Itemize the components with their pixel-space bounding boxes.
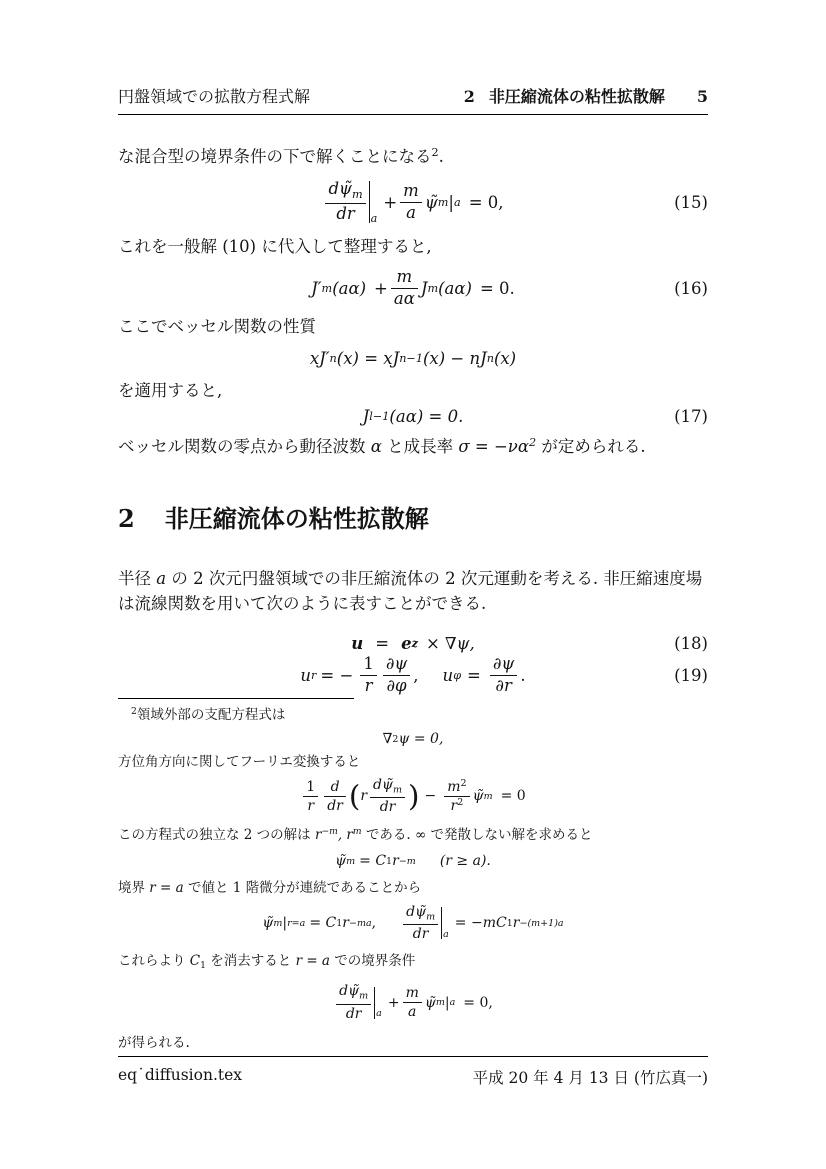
paragraph-zeros: ベッセル関数の零点から動径波数 α と成長率 σ = −να2 が定められる. [118,431,708,459]
math-r: r [360,788,367,804]
math-a: a [156,569,166,588]
fraction-numerator: dψ̃m [370,777,405,797]
math-nabla: ∇ [383,731,393,747]
fraction-numerator: dψ̃m [325,180,365,203]
fraction-1-r: 1 r [360,655,377,696]
fraction-numerator: d [324,779,346,796]
evaluation-bar-sub: a [371,212,378,225]
footnote-text: を消去すると [206,953,296,969]
footnote-text: での境界条件 [330,953,415,969]
math-dpsi: dψ̃ [328,179,352,198]
math-term: (x) = xJ [337,349,399,368]
math-sup-2: 2 [461,778,467,789]
footnote-text: 領域外部の支配方程式は [137,707,286,723]
math-C: C [190,953,200,969]
math-sub-m: m [273,918,282,929]
section-heading: 2 非圧縮流体の粘性拡散解 [118,499,708,534]
math-sub-l-1: l−1 [369,410,389,423]
math-r: r [513,915,520,931]
evaluation-bar [374,987,375,1019]
section-number: 2 [118,504,135,533]
footnote-block: 2領域外部の支配方程式は ∇2ψ = 0, 方位角方向に関してフーリエ変換すると… [118,703,708,1051]
math-r-equals-a: r = a [149,880,183,896]
footnote-equation-solution: ψ̃m = C1r−m (r ≥ a). [118,848,708,874]
math-u: u [300,666,311,685]
math-sub-m: m [436,997,445,1008]
math-m: m [447,779,460,795]
fraction-1-r: 1 r [303,779,318,814]
equation-number-16: (16) [674,279,708,298]
math-sub-m: m [484,791,493,802]
running-header: 円盤領域での拡散方程式解 2 非圧縮流体の粘性拡散解 5 [118,84,708,115]
math-sub-n: n [487,352,494,365]
math-rhs: = 0. [480,279,515,298]
math-plus: + [388,995,400,1011]
math-psi: ψ̃ [425,193,438,212]
fraction-denominator: r [303,796,318,814]
footer-filename: eq˙diffusion.tex [118,1066,242,1088]
fraction-numerator: ∂ψ [490,655,517,675]
math-rhs: = 0 [501,788,526,804]
fraction-m-a: m a [403,985,422,1020]
math-sub-m: m [393,785,402,796]
fraction-dpsi-dr: dψ̃m dr [370,777,405,815]
fraction-denominator: ∂φ [383,675,410,696]
fraction-denominator: ∂r [490,675,517,696]
math-u-vector: u [351,634,363,653]
math-r-equals-a: r = a [296,953,330,969]
fraction-numerator: ∂ψ [383,655,410,675]
math-equals-minus-mC: = −mC [455,915,507,931]
math-sup-neg-ma: −ma [349,918,372,929]
fraction-denominator: dr [370,797,405,815]
big-right-paren: ) [408,784,419,809]
evaluation-bar [441,907,442,939]
math-psi: ψ̃ [425,995,436,1011]
math-equals: = [375,634,389,653]
math-dpsi: dψ̃ [339,983,359,999]
fraction-numerator: dψ̃m [336,983,371,1003]
fraction-denominator: a [403,1002,422,1020]
paragraph-text: な混合型の境界条件の下で解くことになる [118,147,432,166]
fraction-numerator: m [403,985,422,1002]
fraction-numerator: m [391,268,418,288]
math-equals-C: = C [359,853,386,869]
footnote-text: これらより [118,953,190,969]
fraction-denominator: a [400,202,422,223]
math-comma: , [372,915,376,931]
footnote-line-5: これらより C1 を消去すると r = a での境界条件 [118,953,708,974]
math-minus: − [425,788,437,804]
header-section-number: 2 [464,87,475,106]
header-right: 2 非圧縮流体の粘性拡散解 5 [464,84,708,107]
evaluation-bar [369,181,370,223]
math-sub-m: m [322,282,333,295]
math-sub-z: z [412,636,418,650]
math-rhs: ψ = 0, [398,731,443,747]
math-period: . [520,666,525,685]
paragraph-period: . [439,147,444,166]
math-u: u [443,666,454,685]
fraction-dpsi-dphi: ∂ψ ∂φ [383,655,410,696]
page-number: 5 [697,87,708,106]
math-term: xJ′ [310,349,330,368]
math-sub-n-1: n−1 [399,352,423,365]
fraction-m-a: m a [400,182,422,223]
math-rhs: = 0, [463,995,493,1011]
fraction-numerator: 1 [360,655,377,675]
math-psi: ψ̃ [262,915,273,931]
paragraph-bessel-property: ここでベッセル関数の性質 [118,315,708,339]
page-footer: eq˙diffusion.tex 平成 20 年 4 月 13 日 (竹広真一) [118,1056,708,1088]
footnote-line-3: この方程式の独立な 2 つの解は r−m, rm である. ∞ で発散しない解を… [118,823,708,844]
equation-number-19: (19) [674,666,708,685]
fraction-denominator: dr [403,924,438,942]
equation-19: ur = − 1 r ∂ψ ∂φ , uφ = ∂ψ ∂r . (19) [118,656,708,694]
math-psi: ψ̃ [473,788,484,804]
math-alpha: α [371,437,382,456]
equation-number-18: (18) [674,634,708,653]
math-psi: ψ̃ [335,853,346,869]
equation-15: dψ̃m dr a + m a ψ̃m|a = 0, (15) [118,179,708,225]
math-sub-m: m [426,912,435,923]
paragraph-text: 半径 [118,569,156,588]
math-sub-a: a [450,997,456,1008]
math-dpsi: dψ̃ [406,904,426,920]
math-equals-C: = C [309,915,336,931]
footnote-text: で値と 1 階微分が連続であることから [184,880,421,896]
fraction-numerator: m [400,182,422,202]
fraction-denominator: dr [325,203,365,224]
math-J-prime: J′ [311,279,321,298]
math-plus: + [374,279,388,298]
math-sub-m: m [346,856,355,867]
fraction-denominator: dr [336,1004,371,1022]
equation-bessel-identity: xJ′n(x) = xJn−1(x) − nJn(x) [118,345,708,371]
footnote-equation-fourier: 1 r d dr ( r dψ̃m dr ) − m2 r2 [118,773,708,819]
math-equals-minus: = − [320,666,353,685]
evaluation-bar-sub: a [376,1008,382,1019]
footnote-equation-boundary: dψ̃m dr a + m a ψ̃m|a = 0, [118,981,708,1025]
math-sub-m: m [359,991,368,1002]
math-plus: + [383,193,397,212]
header-section-title: 非圧縮流体の粘性拡散解 [489,84,665,107]
paragraph-substitute: これを一般解 (10) に代入して整理すると, [118,235,708,259]
footnote-line-2: 方位角方向に関してフーリエ変換すると [118,754,708,771]
fraction-numerator: dψ̃m [403,904,438,924]
math-cross-grad-psi: × ∇ψ, [426,634,475,653]
paragraph-text: が定められる. [536,437,646,456]
fraction-denominator: r2 [444,796,469,814]
document-page: 円盤領域での拡散方程式解 2 非圧縮流体の粘性拡散解 5 な混合型の境界条件の下… [0,0,826,1169]
math-sigma: σ = −να [458,437,529,456]
math-sub-r: r [311,669,316,682]
fraction-numerator: m2 [444,779,469,796]
footnote-rule [118,698,354,699]
paragraph-text: 流線関数を用いて次のように表すことができる. [135,594,487,613]
math-J: J [421,279,428,298]
fraction-m-aalpha: m aα [391,268,418,309]
evaluation-bar-sub: a [443,929,449,940]
section-title: 非圧縮流体の粘性拡散解 [165,499,429,534]
fraction-d-dr: d dr [324,779,346,814]
paragraph-boundary-condition: な混合型の境界条件の下で解くことになる2. [118,141,708,169]
fraction-dpsi-dr: ∂ψ ∂r [490,655,517,696]
math-r: r [342,915,349,931]
header-left-title: 円盤領域での拡散方程式解 [118,84,310,107]
math-r: r [392,853,399,869]
big-left-paren: ( [349,784,360,809]
math-term: (x) − nJ [423,349,487,368]
math-arg: (aα) [332,279,366,298]
paragraph-text: ベッセル関数の零点から動径波数 [118,437,371,456]
math-sub-m: m [427,282,438,295]
fraction-denominator: aα [391,288,418,309]
math-rhs: = 0, [469,193,504,212]
math-sub-a: a [454,196,461,209]
footnote-text: である. ∞ で発散しない解を求めると [362,827,593,843]
footnote-line-1: 2領域外部の支配方程式は [118,703,708,724]
fraction-dpsi-dr: dψ̃m dr [325,180,365,224]
math-sup-neg-m: −m [321,826,337,837]
paragraph-apply: を適用すると, [118,379,708,403]
math-sub-n: n [330,352,337,365]
math-sup-neg-m: −m [399,856,416,867]
math-sub-r-a: r=a [287,918,305,929]
paragraph-text: と成長率 [382,437,459,456]
math-arg: (aα) [438,279,472,298]
text-column: 円盤領域での拡散方程式解 2 非圧縮流体の粘性拡散解 5 な混合型の境界条件の下… [118,84,708,1052]
math-J: J [363,407,370,426]
footnote-line-4: 境界 r = a で値と 1 階微分が連続であることから [118,880,708,897]
math-term: (x) [494,349,516,368]
equation-number-15: (15) [674,193,708,212]
fraction-m2-r2: m2 r2 [444,779,469,815]
math-sub-phi: φ [453,669,461,682]
math-sub-m: m [352,188,363,201]
paragraph-section2-intro: 半径 a の 2 次元円盤領域での非圧縮流体の 2 次元運動を考える. 非圧縮速… [118,566,708,616]
fraction-denominator: dr [324,796,346,814]
math-sup-m: m [353,826,362,837]
math-equals: = [467,666,481,685]
math-sup-neg-m1a: −(m+1)a [519,918,563,929]
footnote-equation-continuity: ψ̃m|r=a = C1r−ma, dψ̃m dr a = −mC1r−(m+1… [118,901,708,945]
equation-16: J′m (aα) + m aα Jm (aα) = 0. (16) [118,265,708,311]
math-sub-m: m [438,196,449,209]
fraction-denominator: r [360,675,377,696]
equation-17: Jl−1 (aα) = 0. (17) [118,403,708,429]
footnote-equation-laplace: ∇2ψ = 0, [118,728,708,750]
footnote-text: この方程式の独立な 2 つの解は [118,827,315,843]
footnote-line-6: が得られる. [118,1035,708,1052]
equation-18: u = ez × ∇ψ, (18) [118,630,708,656]
math-condition: (r ≥ a). [440,853,491,869]
math-rhs: (aα) = 0. [389,407,463,426]
footnote-text: 境界 [118,880,149,896]
math-sup-2: 2 [457,797,463,808]
math-e-vector: e [401,634,412,653]
fraction-dpsi-dr: dψ̃m dr [403,904,438,942]
fraction-numerator: 1 [303,779,318,796]
equation-number-17: (17) [674,407,708,426]
footer-date-author: 平成 20 年 4 月 13 日 (竹広真一) [473,1066,708,1088]
math-dpsi: dψ̃ [373,777,393,793]
fraction-dpsi-dr: dψ̃m dr [336,983,371,1021]
footnote-reference: 2 [432,146,439,159]
math-comma: , [413,666,418,685]
